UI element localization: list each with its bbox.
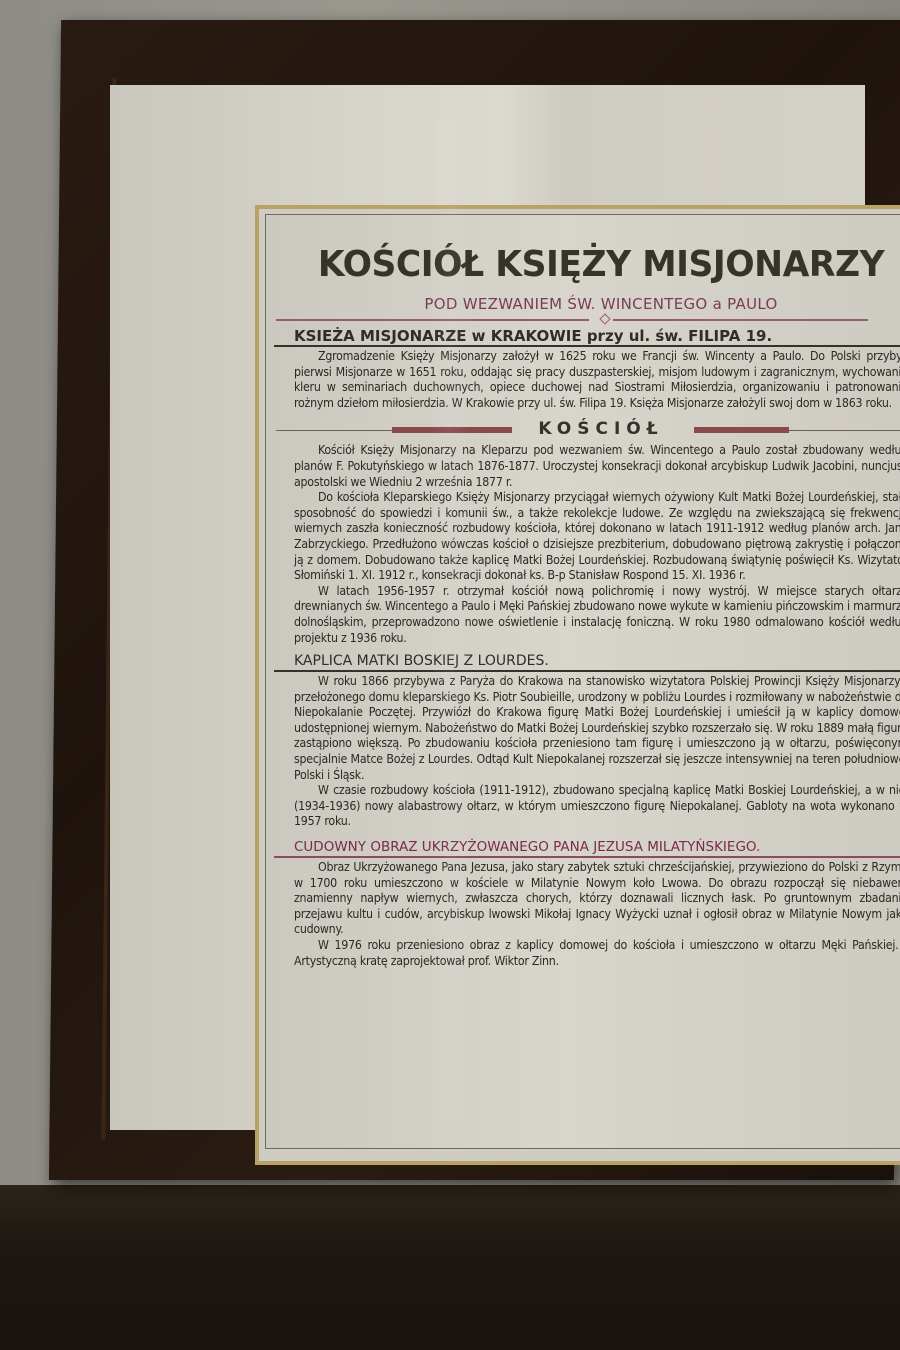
section-paragraph: W latach 1956-1957 r. otrzymał kościół n… (294, 584, 900, 646)
gold-border: KOŚCIÓŁ KSIĘŻY MISJONARZY POD WEZWANIEM … (255, 205, 900, 1165)
section-paragraph: Zgromadzenie Księży Misjonarzy założył w… (294, 349, 900, 411)
section-paragraph: Do kościoła Kleparskiego Księży Misjonar… (294, 490, 900, 584)
title-ornament-divider (294, 315, 900, 325)
section-paragraph: Obraz Ukrzyżowanego Pana Jezusa, jako st… (294, 860, 900, 938)
mat-board: KOŚCIÓŁ KSIĘŻY MISJONARZY POD WEZWANIEM … (110, 85, 865, 1130)
section-paragraph: W 1976 roku przeniesiono obraz z kaplicy… (294, 938, 900, 969)
section-heading-church-label: KOŚCIÓŁ (538, 419, 663, 439)
section-paragraph: W roku 1866 przybywa z Paryża do Krakowa… (294, 674, 900, 783)
section-paragraph: Kościół Księży Misjonarzy na Kleparzu po… (294, 443, 900, 490)
plaque-subtitle: POD WEZWANIEM ŚW. WINCENTEGO a PAULO (294, 295, 900, 313)
section-paragraph: W czasie rozbudowy kościoła (1911-1912),… (294, 783, 900, 830)
diamond-ornament-icon (599, 313, 610, 324)
section-heading-lourdes-chapel: KAPLICA MATKI BOSKIEJ Z LOURDES. (274, 652, 900, 672)
lower-shadow-area (0, 1185, 900, 1350)
plaque-document: KOŚCIÓŁ KSIĘŻY MISJONARZY POD WEZWANIEM … (265, 214, 900, 1149)
section-heading-church: KOŚCIÓŁ (294, 419, 900, 441)
plaque-title: KOŚCIÓŁ KSIĘŻY MISJONARZY (306, 247, 895, 283)
section-heading-missionaries: KSIEŻA MISJONARZE w KRAKOWIE przy ul. św… (274, 327, 900, 347)
section-heading-miraculous-image: CUDOWNY OBRAZ UKRZYŻOWANEGO PANA JEZUSA … (274, 838, 900, 858)
